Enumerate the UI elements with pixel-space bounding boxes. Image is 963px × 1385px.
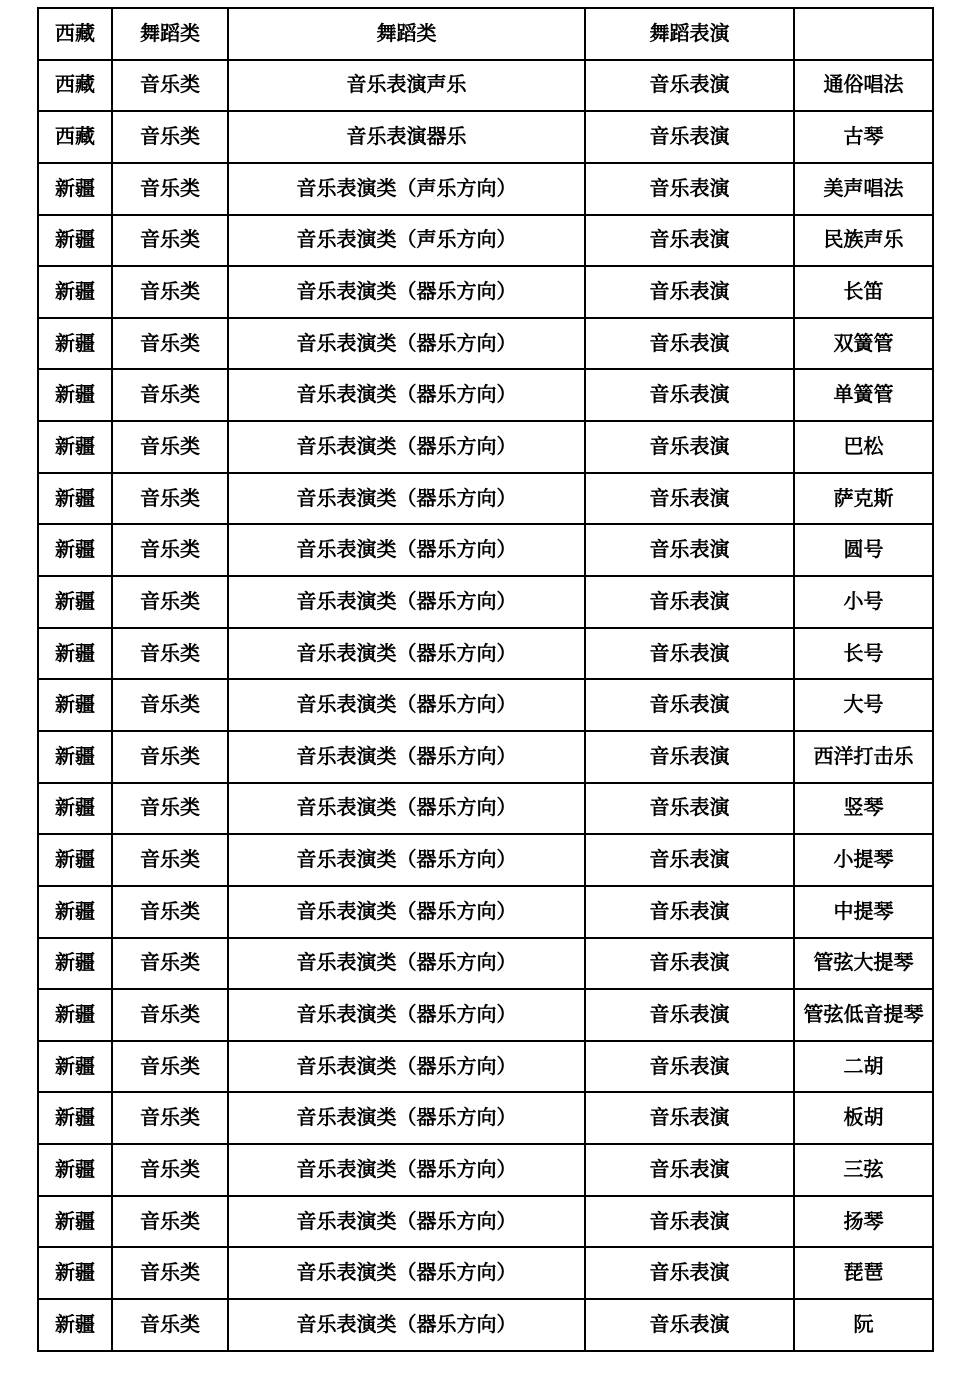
cell-specialty: 阮: [794, 1299, 933, 1351]
cell-major-type: 音乐表演: [585, 111, 794, 163]
cell-major-name: 音乐表演类（声乐方向）: [228, 163, 585, 215]
cell-specialty: 小提琴: [794, 834, 933, 886]
cell-specialty: 管弦低音提琴: [794, 989, 933, 1041]
cell-specialty: 大号: [794, 679, 933, 731]
cell-major-type: 音乐表演: [585, 421, 794, 473]
table-row: 新疆 音乐类 音乐表演类（器乐方向） 音乐表演 二胡: [38, 1041, 933, 1093]
cell-specialty: 巴松: [794, 421, 933, 473]
cell-major-name: 音乐表演类（器乐方向）: [228, 1092, 585, 1144]
cell-province: 新疆: [38, 886, 112, 938]
cell-category: 音乐类: [112, 473, 228, 525]
majors-table-body: 西藏 舞蹈类 舞蹈类 舞蹈表演 西藏 音乐类 音乐表演声乐 音乐表演 通俗唱法 …: [38, 8, 933, 1351]
cell-specialty: 西洋打击乐: [794, 731, 933, 783]
table-row: 新疆 音乐类 音乐表演类（器乐方向） 音乐表演 巴松: [38, 421, 933, 473]
table-row: 西藏 音乐类 音乐表演声乐 音乐表演 通俗唱法: [38, 60, 933, 112]
cell-province: 新疆: [38, 679, 112, 731]
cell-category: 音乐类: [112, 60, 228, 112]
cell-major-type: 舞蹈表演: [585, 8, 794, 60]
cell-province: 新疆: [38, 266, 112, 318]
cell-category: 音乐类: [112, 524, 228, 576]
cell-major-name: 音乐表演类（器乐方向）: [228, 266, 585, 318]
cell-major-type: 音乐表演: [585, 938, 794, 990]
cell-major-name: 音乐表演类（器乐方向）: [228, 989, 585, 1041]
cell-province: 新疆: [38, 421, 112, 473]
cell-major-name: 音乐表演类（器乐方向）: [228, 1041, 585, 1093]
cell-major-name: 舞蹈类: [228, 8, 585, 60]
cell-major-name: 音乐表演器乐: [228, 111, 585, 163]
cell-category: 音乐类: [112, 576, 228, 628]
cell-major-name: 音乐表演类（器乐方向）: [228, 886, 585, 938]
cell-province: 新疆: [38, 1092, 112, 1144]
table-row: 新疆 音乐类 音乐表演类（声乐方向） 音乐表演 民族声乐: [38, 215, 933, 267]
cell-category: 音乐类: [112, 1041, 228, 1093]
cell-province: 新疆: [38, 989, 112, 1041]
table-row: 新疆 音乐类 音乐表演类（器乐方向） 音乐表演 扬琴: [38, 1196, 933, 1248]
cell-major-name: 音乐表演类（器乐方向）: [228, 369, 585, 421]
table-row: 新疆 音乐类 音乐表演类（器乐方向） 音乐表演 萨克斯: [38, 473, 933, 525]
cell-category: 音乐类: [112, 938, 228, 990]
cell-specialty: 扬琴: [794, 1196, 933, 1248]
cell-category: 音乐类: [112, 1247, 228, 1299]
cell-specialty: 古琴: [794, 111, 933, 163]
cell-specialty: 民族声乐: [794, 215, 933, 267]
cell-major-name: 音乐表演类（器乐方向）: [228, 1144, 585, 1196]
cell-major-name: 音乐表演类（器乐方向）: [228, 938, 585, 990]
cell-category: 音乐类: [112, 421, 228, 473]
cell-province: 新疆: [38, 318, 112, 370]
table-row: 新疆 音乐类 音乐表演类（器乐方向） 音乐表演 管弦低音提琴: [38, 989, 933, 1041]
cell-specialty: 管弦大提琴: [794, 938, 933, 990]
cell-major-name: 音乐表演类（器乐方向）: [228, 318, 585, 370]
cell-province: 新疆: [38, 628, 112, 680]
table-row: 新疆 音乐类 音乐表演类（器乐方向） 音乐表演 大号: [38, 679, 933, 731]
cell-specialty: 美声唱法: [794, 163, 933, 215]
cell-specialty: 长笛: [794, 266, 933, 318]
cell-category: 音乐类: [112, 215, 228, 267]
cell-category: 音乐类: [112, 731, 228, 783]
table-row: 新疆 音乐类 音乐表演类（器乐方向） 音乐表演 小提琴: [38, 834, 933, 886]
majors-table: 西藏 舞蹈类 舞蹈类 舞蹈表演 西藏 音乐类 音乐表演声乐 音乐表演 通俗唱法 …: [37, 7, 934, 1352]
cell-province: 新疆: [38, 783, 112, 835]
cell-major-name: 音乐表演类（器乐方向）: [228, 473, 585, 525]
cell-major-type: 音乐表演: [585, 731, 794, 783]
cell-category: 音乐类: [112, 318, 228, 370]
cell-province: 新疆: [38, 731, 112, 783]
cell-province: 新疆: [38, 1144, 112, 1196]
cell-specialty: 二胡: [794, 1041, 933, 1093]
cell-category: 舞蹈类: [112, 8, 228, 60]
cell-specialty: 竖琴: [794, 783, 933, 835]
cell-specialty: 中提琴: [794, 886, 933, 938]
cell-major-type: 音乐表演: [585, 679, 794, 731]
table-row: 新疆 音乐类 音乐表演类（器乐方向） 音乐表演 圆号: [38, 524, 933, 576]
cell-major-name: 音乐表演类（声乐方向）: [228, 215, 585, 267]
cell-major-name: 音乐表演类（器乐方向）: [228, 731, 585, 783]
cell-major-type: 音乐表演: [585, 473, 794, 525]
table-row: 新疆 音乐类 音乐表演类（器乐方向） 音乐表演 西洋打击乐: [38, 731, 933, 783]
cell-major-type: 音乐表演: [585, 886, 794, 938]
table-row: 新疆 音乐类 音乐表演类（器乐方向） 音乐表演 板胡: [38, 1092, 933, 1144]
cell-province: 新疆: [38, 1041, 112, 1093]
cell-major-type: 音乐表演: [585, 215, 794, 267]
cell-major-name: 音乐表演类（器乐方向）: [228, 421, 585, 473]
cell-category: 音乐类: [112, 679, 228, 731]
cell-category: 音乐类: [112, 628, 228, 680]
cell-province: 新疆: [38, 834, 112, 886]
cell-major-name: 音乐表演类（器乐方向）: [228, 524, 585, 576]
cell-major-name: 音乐表演类（器乐方向）: [228, 679, 585, 731]
cell-major-type: 音乐表演: [585, 989, 794, 1041]
cell-specialty: 单簧管: [794, 369, 933, 421]
cell-major-type: 音乐表演: [585, 1092, 794, 1144]
cell-province: 西藏: [38, 8, 112, 60]
cell-specialty: [794, 8, 933, 60]
cell-specialty: 萨克斯: [794, 473, 933, 525]
cell-province: 西藏: [38, 111, 112, 163]
cell-major-type: 音乐表演: [585, 1247, 794, 1299]
cell-specialty: 小号: [794, 576, 933, 628]
cell-major-name: 音乐表演类（器乐方向）: [228, 628, 585, 680]
cell-major-type: 音乐表演: [585, 1144, 794, 1196]
page: { "page": { "background_color": "#ffffff…: [0, 0, 963, 1385]
table-row: 新疆 音乐类 音乐表演类（器乐方向） 音乐表演 三弦: [38, 1144, 933, 1196]
cell-major-type: 音乐表演: [585, 266, 794, 318]
cell-major-type: 音乐表演: [585, 1299, 794, 1351]
cell-category: 音乐类: [112, 369, 228, 421]
cell-category: 音乐类: [112, 111, 228, 163]
cell-major-type: 音乐表演: [585, 524, 794, 576]
table-row: 新疆 音乐类 音乐表演类（器乐方向） 音乐表演 单簧管: [38, 369, 933, 421]
cell-specialty: 双簧管: [794, 318, 933, 370]
cell-major-name: 音乐表演类（器乐方向）: [228, 783, 585, 835]
cell-specialty: 板胡: [794, 1092, 933, 1144]
cell-major-type: 音乐表演: [585, 318, 794, 370]
cell-category: 音乐类: [112, 1144, 228, 1196]
cell-specialty: 圆号: [794, 524, 933, 576]
cell-province: 西藏: [38, 60, 112, 112]
cell-major-name: 音乐表演声乐: [228, 60, 585, 112]
cell-specialty: 长号: [794, 628, 933, 680]
table-row: 西藏 音乐类 音乐表演器乐 音乐表演 古琴: [38, 111, 933, 163]
majors-table-container: 西藏 舞蹈类 舞蹈类 舞蹈表演 西藏 音乐类 音乐表演声乐 音乐表演 通俗唱法 …: [37, 7, 934, 1352]
table-row: 新疆 音乐类 音乐表演类（器乐方向） 音乐表演 中提琴: [38, 886, 933, 938]
cell-province: 新疆: [38, 473, 112, 525]
cell-major-type: 音乐表演: [585, 1196, 794, 1248]
cell-province: 新疆: [38, 215, 112, 267]
cell-major-type: 音乐表演: [585, 163, 794, 215]
cell-major-type: 音乐表演: [585, 369, 794, 421]
cell-major-type: 音乐表演: [585, 628, 794, 680]
cell-major-type: 音乐表演: [585, 576, 794, 628]
table-row: 新疆 音乐类 音乐表演类（器乐方向） 音乐表演 双簧管: [38, 318, 933, 370]
table-row: 新疆 音乐类 音乐表演类（器乐方向） 音乐表演 长笛: [38, 266, 933, 318]
cell-category: 音乐类: [112, 1092, 228, 1144]
cell-specialty: 三弦: [794, 1144, 933, 1196]
table-row: 新疆 音乐类 音乐表演类（器乐方向） 音乐表演 管弦大提琴: [38, 938, 933, 990]
cell-specialty: 琵琶: [794, 1247, 933, 1299]
table-row: 新疆 音乐类 音乐表演类（器乐方向） 音乐表演 长号: [38, 628, 933, 680]
cell-province: 新疆: [38, 163, 112, 215]
cell-major-name: 音乐表演类（器乐方向）: [228, 576, 585, 628]
cell-province: 新疆: [38, 1299, 112, 1351]
cell-major-type: 音乐表演: [585, 783, 794, 835]
cell-major-type: 音乐表演: [585, 1041, 794, 1093]
cell-province: 新疆: [38, 1247, 112, 1299]
table-row: 新疆 音乐类 音乐表演类（器乐方向） 音乐表演 阮: [38, 1299, 933, 1351]
cell-category: 音乐类: [112, 1196, 228, 1248]
cell-specialty: 通俗唱法: [794, 60, 933, 112]
cell-major-name: 音乐表演类（器乐方向）: [228, 834, 585, 886]
cell-major-type: 音乐表演: [585, 834, 794, 886]
cell-category: 音乐类: [112, 886, 228, 938]
cell-category: 音乐类: [112, 989, 228, 1041]
table-row: 新疆 音乐类 音乐表演类（声乐方向） 音乐表演 美声唱法: [38, 163, 933, 215]
cell-category: 音乐类: [112, 163, 228, 215]
cell-category: 音乐类: [112, 834, 228, 886]
cell-province: 新疆: [38, 369, 112, 421]
cell-category: 音乐类: [112, 1299, 228, 1351]
cell-category: 音乐类: [112, 783, 228, 835]
cell-province: 新疆: [38, 938, 112, 990]
cell-province: 新疆: [38, 576, 112, 628]
table-row: 新疆 音乐类 音乐表演类（器乐方向） 音乐表演 琵琶: [38, 1247, 933, 1299]
cell-category: 音乐类: [112, 266, 228, 318]
cell-province: 新疆: [38, 524, 112, 576]
table-row: 新疆 音乐类 音乐表演类（器乐方向） 音乐表演 小号: [38, 576, 933, 628]
table-row: 西藏 舞蹈类 舞蹈类 舞蹈表演: [38, 8, 933, 60]
cell-major-name: 音乐表演类（器乐方向）: [228, 1196, 585, 1248]
cell-province: 新疆: [38, 1196, 112, 1248]
cell-major-name: 音乐表演类（器乐方向）: [228, 1299, 585, 1351]
table-row: 新疆 音乐类 音乐表演类（器乐方向） 音乐表演 竖琴: [38, 783, 933, 835]
cell-major-type: 音乐表演: [585, 60, 794, 112]
cell-major-name: 音乐表演类（器乐方向）: [228, 1247, 585, 1299]
